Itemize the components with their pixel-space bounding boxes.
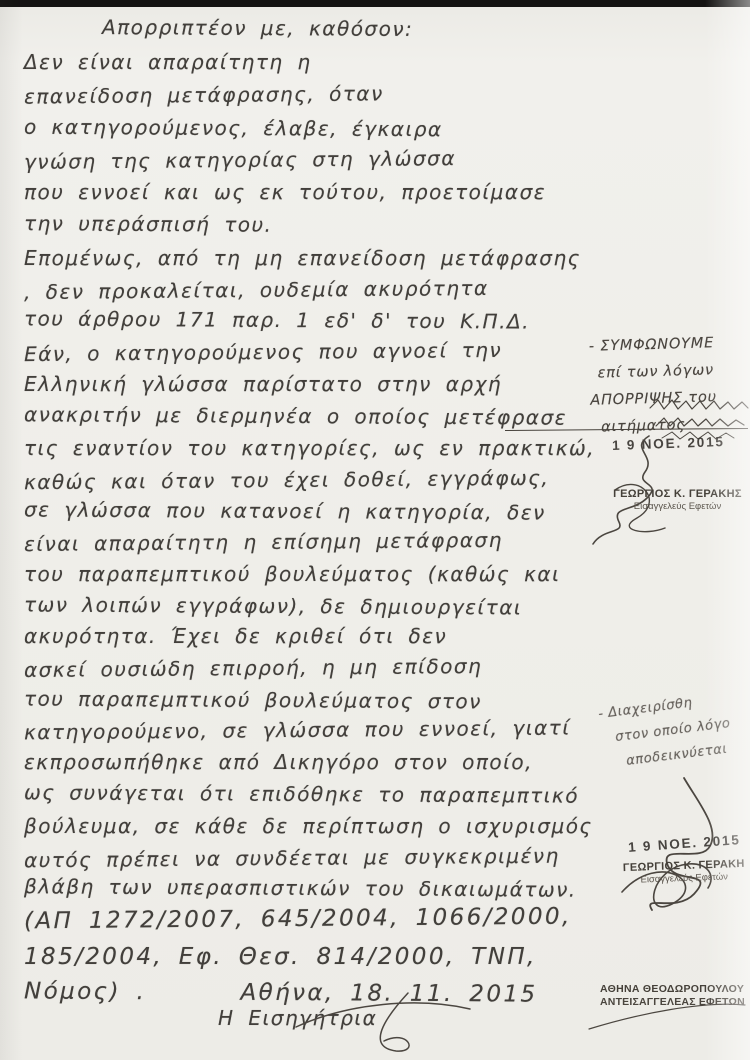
manuscript-line: Εάν, ο κατηγορούμενος που αγνοεί την: [24, 338, 502, 366]
margin-note-side: - Διαχειρίσθη στον οποίο λόγο αποδεικνύε…: [597, 686, 735, 776]
manuscript-line: Απορριπτέον με, καθόσον:: [102, 15, 413, 41]
manuscript-line: ανακριτήν με διερμηνέα ο οποίος μετέφρασ…: [24, 402, 567, 429]
manuscript-line: την υπεράσπισή του.: [24, 211, 273, 237]
manuscript-line: σε γλώσσα που κατανοεί η κατηγορία, δεν: [24, 497, 546, 524]
manuscript-line: γνώση της κατηγορίας στη γλώσσα: [24, 146, 456, 174]
manuscript-line: ακυρότητα. Έχει δε κριθεί ότι δεν: [24, 624, 447, 648]
manuscript-line: Ελληνική γλώσσα παρίστατο στην αρχή: [24, 372, 502, 396]
manuscript-line: ο κατηγορούμενος, έλαβε, έγκαιρα: [24, 115, 443, 142]
manuscript-line: είναι απαραίτητη η επίσημη μετάφραση: [24, 528, 503, 556]
manuscript-line: ασκεί ουσιώδη επιρροή, η μη επίδοση: [24, 654, 482, 682]
stamp-underline-swoosh: [585, 995, 750, 1035]
manuscript-line: Επομένως, από τη μη επανείδοση μετάφραση…: [24, 246, 581, 270]
margin-note-line: - ΣΥΜΦΩΝΟΥΜΕ: [589, 330, 716, 361]
scan-edge: [0, 0, 750, 7]
manuscript-line: κατηγορούμενο, σε γλώσσα που εννοεί, για…: [24, 716, 571, 745]
manuscript-line: του παραπεμπτικού βουλεύματος στον: [24, 687, 482, 714]
manuscript-line: βούλευμα, σε κάθε δε περίπτωση ο ισχυρισ…: [24, 814, 593, 838]
manuscript-citation-line: (ΑΠ 1272/2007, 645/2004, 1066/2000,: [24, 904, 572, 935]
prosecutor-stamp-bottom: ΓΕΩΡΓΙΟΣ Κ. ΓΕΡΑΚΗ Εισαγγελεύς Εφετών: [618, 858, 750, 887]
manuscript-line: που εννοεί και ως εκ τούτου, προετοίμασε: [24, 180, 546, 204]
manuscript-line: βλάβη των υπερασπιστικών του δικαιωμάτων…: [24, 874, 577, 901]
manuscript-line: του άρθρου 171 παρ. 1 εδ' δ' του Κ.Π.Δ.: [24, 306, 530, 333]
prosecutor-stamp-top: ΓΕΩΡΓΙΟΣ Κ. ΓΕΡΑΚΗΣ Εισαγγελεύς Εφετών: [605, 488, 750, 512]
scanned-page: Απορριπτέον με, καθόσον: Δεν είναι απαρα…: [0, 0, 750, 1060]
signature-rapporteur: [288, 985, 478, 1060]
manuscript-line: ως συνάγεται ότι επιδόθηκε το παραπεμπτι…: [24, 780, 579, 807]
manuscript-line: Δεν είναι απαραίτητη η: [24, 50, 312, 74]
manuscript-line: του παραπεμπτικού βουλεύματος (καθώς και: [24, 562, 560, 586]
deputy-prosecutor-name: ΑΘΗΝΑ ΘΕΟΔΩΡΟΠΟΥΛΟΥ: [600, 983, 745, 995]
manuscript-line: καθώς και όταν του έχει δοθεί, εγγράφως,: [24, 466, 550, 495]
manuscript-line: τις εναντίον του κατηγορίες, ως εν πρακτ…: [24, 436, 595, 460]
prosecutor-name: ΓΕΩΡΓΙΟΣ Κ. ΓΕΡΑΚΗΣ: [605, 488, 750, 500]
prosecutor-title: Εισαγγελεύς Εφετών: [605, 501, 750, 512]
manuscript-line: εκπροσωπήθηκε από Δικηγόρο στον οποίο,: [24, 750, 533, 774]
manuscript-citation-line: 185/2004, Εφ. Θεσ. 814/2000, ΤΝΠ,: [24, 944, 537, 970]
manuscript-line: αυτός πρέπει να συνδέεται με συγκεκριμέν…: [24, 844, 560, 873]
manuscript-line: , δεν προκαλείται, ουδεμία ακυρότητα: [24, 276, 489, 304]
manuscript-line: επανείδοση μετάφρασης, όταν: [24, 81, 384, 108]
manuscript-line: των λοιπών εγγράφων), δε δημιουργείται: [24, 592, 522, 619]
margin-note-line: επί των λόγων: [597, 357, 716, 387]
